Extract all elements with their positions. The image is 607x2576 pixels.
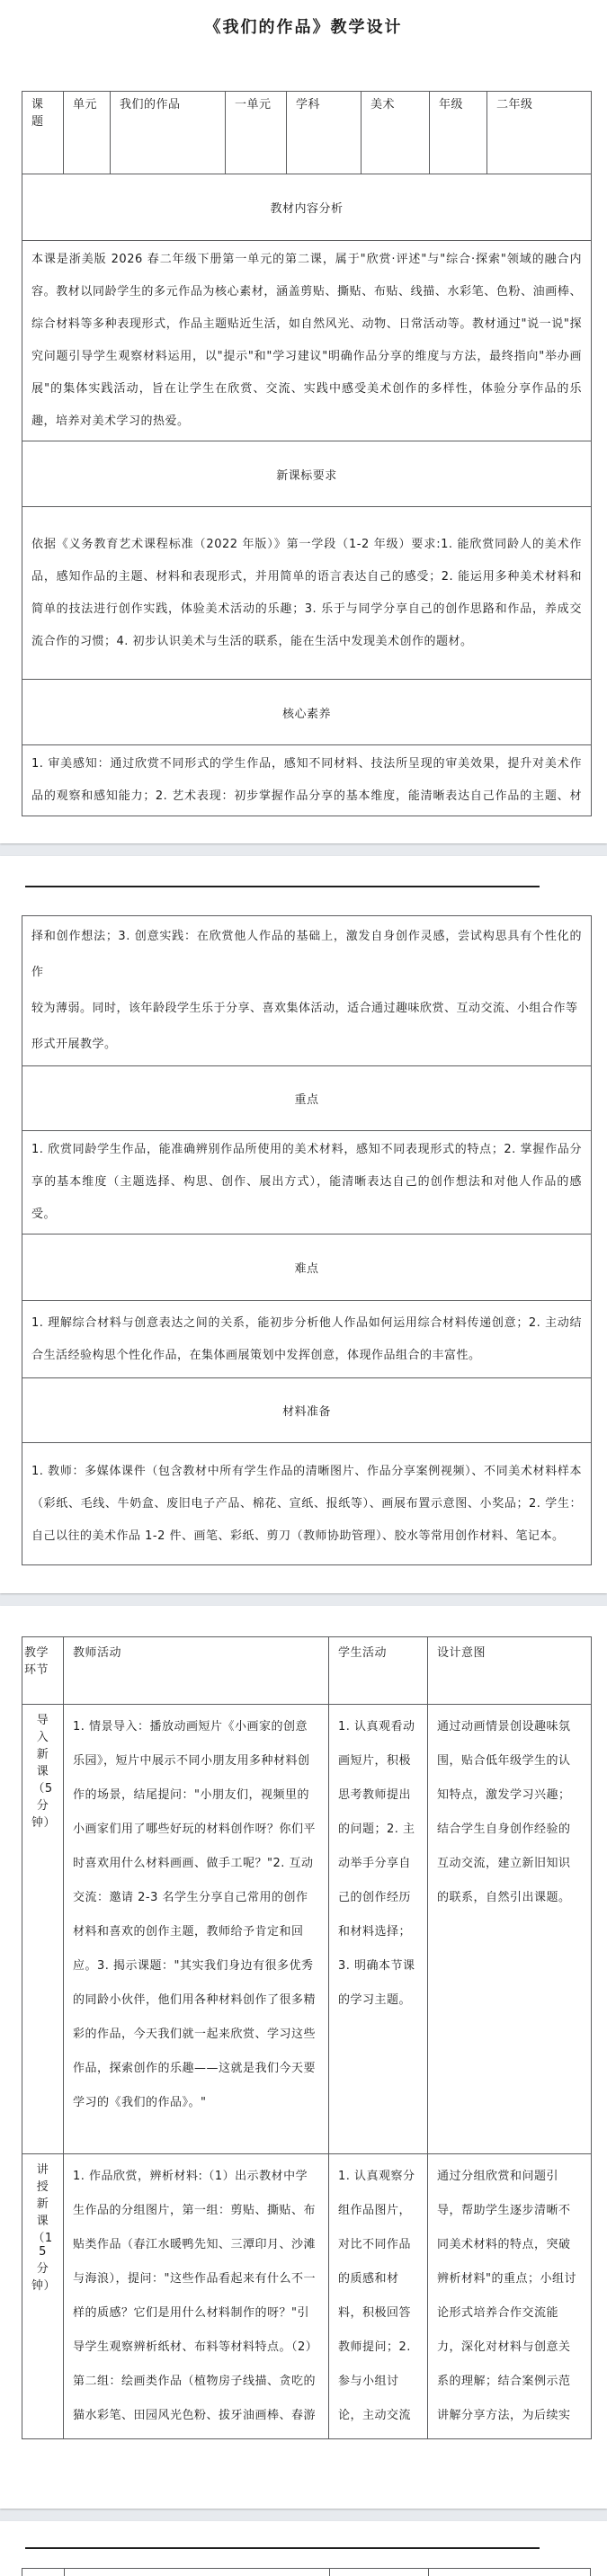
design-intent-text-new-lesson: 通过分组欣赏和问题引导，帮助学生逐步清晰不同美术材料的特点，突破辨析材料"的重点… xyxy=(437,2160,582,2433)
paragraph-core-literacy-continued: 择和创作想法；3. 创意实践：在欣赏他人作品的基础上，激发自身创作灵感，尝试构思… xyxy=(22,916,592,1066)
curriculum-text: 依据《义务教育艺术课程标准（2022 年版）》第一学段（1-2 年级）要求:1.… xyxy=(31,529,582,658)
section-header-curriculum: 新课标要求 xyxy=(22,441,592,507)
teacher-activity-cell-new-lesson: 1. 作品欣赏，辨析材料:（1）出示教材中学生作品的分组图片，第一组：剪贴、撕贴… xyxy=(64,2154,329,2439)
teacher-activity-cell-intro: 1. 情景导入：播放动画短片《小画家的创意乐园》，短片中展示不同小朋友用多种材料… xyxy=(64,1705,329,2154)
document-page-2: 择和创作想法；3. 创意实践：在欣赏他人作品的基础上，激发自身创作灵感，尝试构思… xyxy=(0,856,607,1593)
design-intent-cell-intro: 通过动画情景创设趣味氛围，贴合低年级学生的认知特点，激发学习兴趣；结合学生自身创… xyxy=(428,1705,592,2154)
table-stub-divider xyxy=(329,2569,330,2576)
course-value: 我们的作品 xyxy=(111,92,226,174)
activity-header-row: 教学 环节 教师活动 学生活动 设计意图 xyxy=(22,1637,592,1705)
table-continuation-line-2 xyxy=(25,2547,540,2549)
grade-value: 二年级 xyxy=(487,92,592,174)
student-activity-text-new-lesson: 1. 认真观察分组作品图片，对比不同作品的质感和材料，积极回答教师提问；2. 参… xyxy=(338,2160,418,2433)
paragraph-curriculum: 依据《义务教育艺术课程标准（2022 年版）》第一学段（1-2 年级）要求:1.… xyxy=(22,507,592,680)
page-break-2 xyxy=(0,1593,607,1606)
design-intent-text-intro: 通过动画情景创设趣味氛围，贴合低年级学生的认知特点，激发学习兴趣；结合学生自身创… xyxy=(437,1710,582,1915)
key-points-text: 1. 欣赏同龄学生作品，能准确辨别作品所使用的美术材料，感知不同表现形式的特点；… xyxy=(31,1134,582,1231)
core-literacy-text: 1. 审美感知：通过欣赏不同形式的学生作品，感知不同材料、技法所呈现的审美效果，… xyxy=(31,748,582,813)
student-activity-text-intro: 1. 认真观看动画短片，积极思考教师提出的问题；2. 主动举手分享自己的创作经历… xyxy=(338,1710,418,2018)
unit-value: 一单元 xyxy=(226,92,287,174)
lesson-info-row: 课题 单元 我们的作品 一单元 学科 美术 年级 二年级 xyxy=(22,92,592,174)
section-header-core-literacy: 核心素养 xyxy=(22,680,592,745)
core-literacy-continued-text: 择和创作想法；3. 创意实践：在欣赏他人作品的基础上，激发自身创作灵感，尝试构思… xyxy=(31,919,582,1063)
stage-cell-intro: 导入 新课 （5 分钟） xyxy=(22,1705,64,2154)
lesson-info-table: 课题 单元 我们的作品 一单元 学科 美术 年级 二年级 教材内容分析 本课是浙… xyxy=(22,91,592,816)
subject-value: 美术 xyxy=(362,92,430,174)
section-header-content-analysis: 教材内容分析 xyxy=(22,174,592,241)
paragraph-materials: 1. 教师：多媒体课件（包含教材中所有学生作品的清晰图片、作品分享案例视频）、不… xyxy=(22,1443,592,1565)
paragraph-difficulties: 1. 理解综合材料与创意表达之间的关系，能初步分析他人作品如何运用综合材料传递创… xyxy=(22,1301,592,1378)
materials-text: 1. 教师：多媒体课件（包含教材中所有学生作品的清晰图片、作品分享案例视频）、不… xyxy=(31,1456,582,1553)
paragraph-key-points: 1. 欣赏同龄学生作品，能准确辨别作品所使用的美术材料，感知不同表现形式的特点；… xyxy=(22,1131,592,1235)
lesson-plan-table-continued: 择和创作想法；3. 创意实践：在欣赏他人作品的基础上，激发自身创作灵感，尝试构思… xyxy=(22,915,592,1565)
col-header-stage: 教学 环节 xyxy=(22,1637,64,1705)
section-header-key-points: 重点 xyxy=(22,1066,592,1131)
document-page-3: 教学 环节 教师活动 学生活动 设计意图 导入 新课 （5 分钟） 1. 情景导… xyxy=(0,1606,607,2509)
teacher-activity-text-new-lesson: 1. 作品欣赏，辨析材料:（1）出示教材中学生作品的分组图片，第一组：剪贴、撕贴… xyxy=(73,2160,319,2433)
student-activity-cell-intro: 1. 认真观看动画短片，积极思考教师提出的问题；2. 主动举手分享自己的创作经历… xyxy=(329,1705,428,2154)
page-break-3 xyxy=(0,2509,607,2521)
subject-label: 学科 xyxy=(287,92,362,174)
teaching-activity-table: 教学 环节 教师活动 学生活动 设计意图 导入 新课 （5 分钟） 1. 情景导… xyxy=(22,1636,592,2439)
table-stub-divider xyxy=(64,2569,65,2576)
col-header-design-intent: 设计意图 xyxy=(428,1637,592,1705)
section-header-difficulties: 难点 xyxy=(22,1235,592,1301)
col-header-student-activity: 学生活动 xyxy=(329,1637,428,1705)
content-analysis-text: 本课是浙美版 2026 春二年级下册第一单元的第二课，属于"欣赏·评述"与"综合… xyxy=(31,244,582,438)
document-page-4 xyxy=(0,2521,607,2576)
unit-label: 单元 xyxy=(64,92,111,174)
table-stub-divider xyxy=(428,2569,429,2576)
design-intent-cell-new-lesson: 通过分组欣赏和问题引导，帮助学生逐步清晰不同美术材料的特点，突破辨析材料"的重点… xyxy=(428,2154,592,2439)
col-header-teacher-activity: 教师活动 xyxy=(64,1637,329,1705)
section-header-materials: 材料准备 xyxy=(22,1378,592,1443)
teacher-activity-text-intro: 1. 情景导入：播放动画短片《小画家的创意乐园》，短片中展示不同小朋友用多种材料… xyxy=(73,1710,319,2120)
course-label: 课题 xyxy=(22,92,64,174)
grade-label: 年级 xyxy=(430,92,487,174)
stage-cell-new-lesson: 讲授 新课 （15 分钟） xyxy=(22,2154,64,2439)
page-break-1 xyxy=(0,843,607,856)
student-activity-cell-new-lesson: 1. 认真观察分组作品图片，对比不同作品的质感和材料，积极回答教师提问；2. 参… xyxy=(329,2154,428,2439)
paragraph-content-analysis: 本课是浙美版 2026 春二年级下册第一单元的第二课，属于"欣赏·评述"与"综合… xyxy=(22,241,592,441)
document-page-1: 《我们的作品》教学设计 课题 单元 我们的作品 一单元 学科 美术 年级 二年级… xyxy=(0,0,607,843)
activity-row-new-lesson: 讲授 新课 （15 分钟） 1. 作品欣赏，辨析材料:（1）出示教材中学生作品的… xyxy=(22,2154,592,2439)
table-continuation-line xyxy=(25,886,540,887)
next-table-top-edge xyxy=(22,2568,591,2576)
difficulties-text: 1. 理解综合材料与创意表达之间的关系，能初步分析他人作品如何运用综合材料传递创… xyxy=(31,1307,582,1372)
document-title: 《我们的作品》教学设计 xyxy=(0,0,607,91)
activity-row-intro: 导入 新课 （5 分钟） 1. 情景导入：播放动画短片《小画家的创意乐园》，短片… xyxy=(22,1705,592,2154)
paragraph-core-literacy: 1. 审美感知：通过欣赏不同形式的学生作品，感知不同材料、技法所呈现的审美效果，… xyxy=(22,745,592,816)
